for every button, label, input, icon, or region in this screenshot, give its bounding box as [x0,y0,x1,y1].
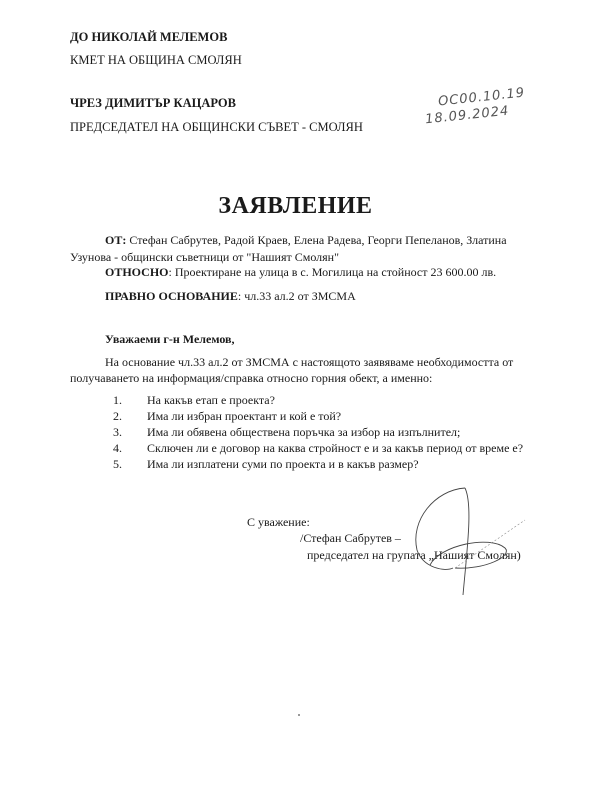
from-label: ОТ: [105,233,126,247]
subject-label: ОТНОСНО [105,265,169,279]
list-item: 1.На какъв етап е проекта? [113,393,275,408]
greeting: Уважаеми г-н Мелемов, [105,332,235,347]
intro-line-2: получаването на информация/справка относ… [70,371,432,386]
from-line-2: Узунова - общински съветници от "Нашият … [70,250,339,265]
scan-speck [298,714,300,716]
list-item: 4.Сключен ли е договор на каква стройнос… [113,441,523,456]
list-item: 3.Има ли обявена обществена поръчка за и… [113,425,460,440]
stamp-date: 18.09.2024 [424,104,510,128]
signature-icon [395,480,535,600]
addressee-to-line: ДО НИКОЛАЙ МЕЛЕМОВ [70,30,227,45]
addressee-to-title: КМЕТ НА ОБЩИНА СМОЛЯН [70,53,242,68]
legal-label: ПРАВНО ОСНОВАНИЕ [105,289,238,303]
signatory-name: /Стефан Сабрутев – [300,531,401,546]
addressee-via-title: ПРЕДСЕДАТЕЛ НА ОБЩИНСКИ СЪВЕТ - СМОЛЯН [70,120,363,135]
subject-text: : Проектиране на улица в с. Могилица на … [169,265,497,279]
subject-line: ОТНОСНО: Проектиране на улица в с. Могил… [105,265,496,280]
list-item: 5.Има ли изплатени суми по проекта и в к… [113,457,419,472]
legal-basis-line: ПРАВНО ОСНОВАНИЕ: чл.33 ал.2 от ЗМСМА [105,289,356,304]
from-text: Стефан Сабрутев, Радой Краев, Елена Раде… [129,233,506,247]
closing: С уважение: [247,515,310,530]
addressee-via-line: ЧРЕЗ ДИМИТЪР КАЦАРОВ [70,96,236,111]
document-title: ЗАЯВЛЕНИЕ [0,193,591,220]
list-item: 2.Има ли избран проектант и кой е той? [113,409,341,424]
intro-line-1: На основание чл.33 ал.2 от ЗМСМА с насто… [105,355,513,370]
from-line-1: ОТ: Стефан Сабрутев, Радой Краев, Елена … [105,233,507,248]
legal-text: : чл.33 ал.2 от ЗМСМА [238,289,356,303]
